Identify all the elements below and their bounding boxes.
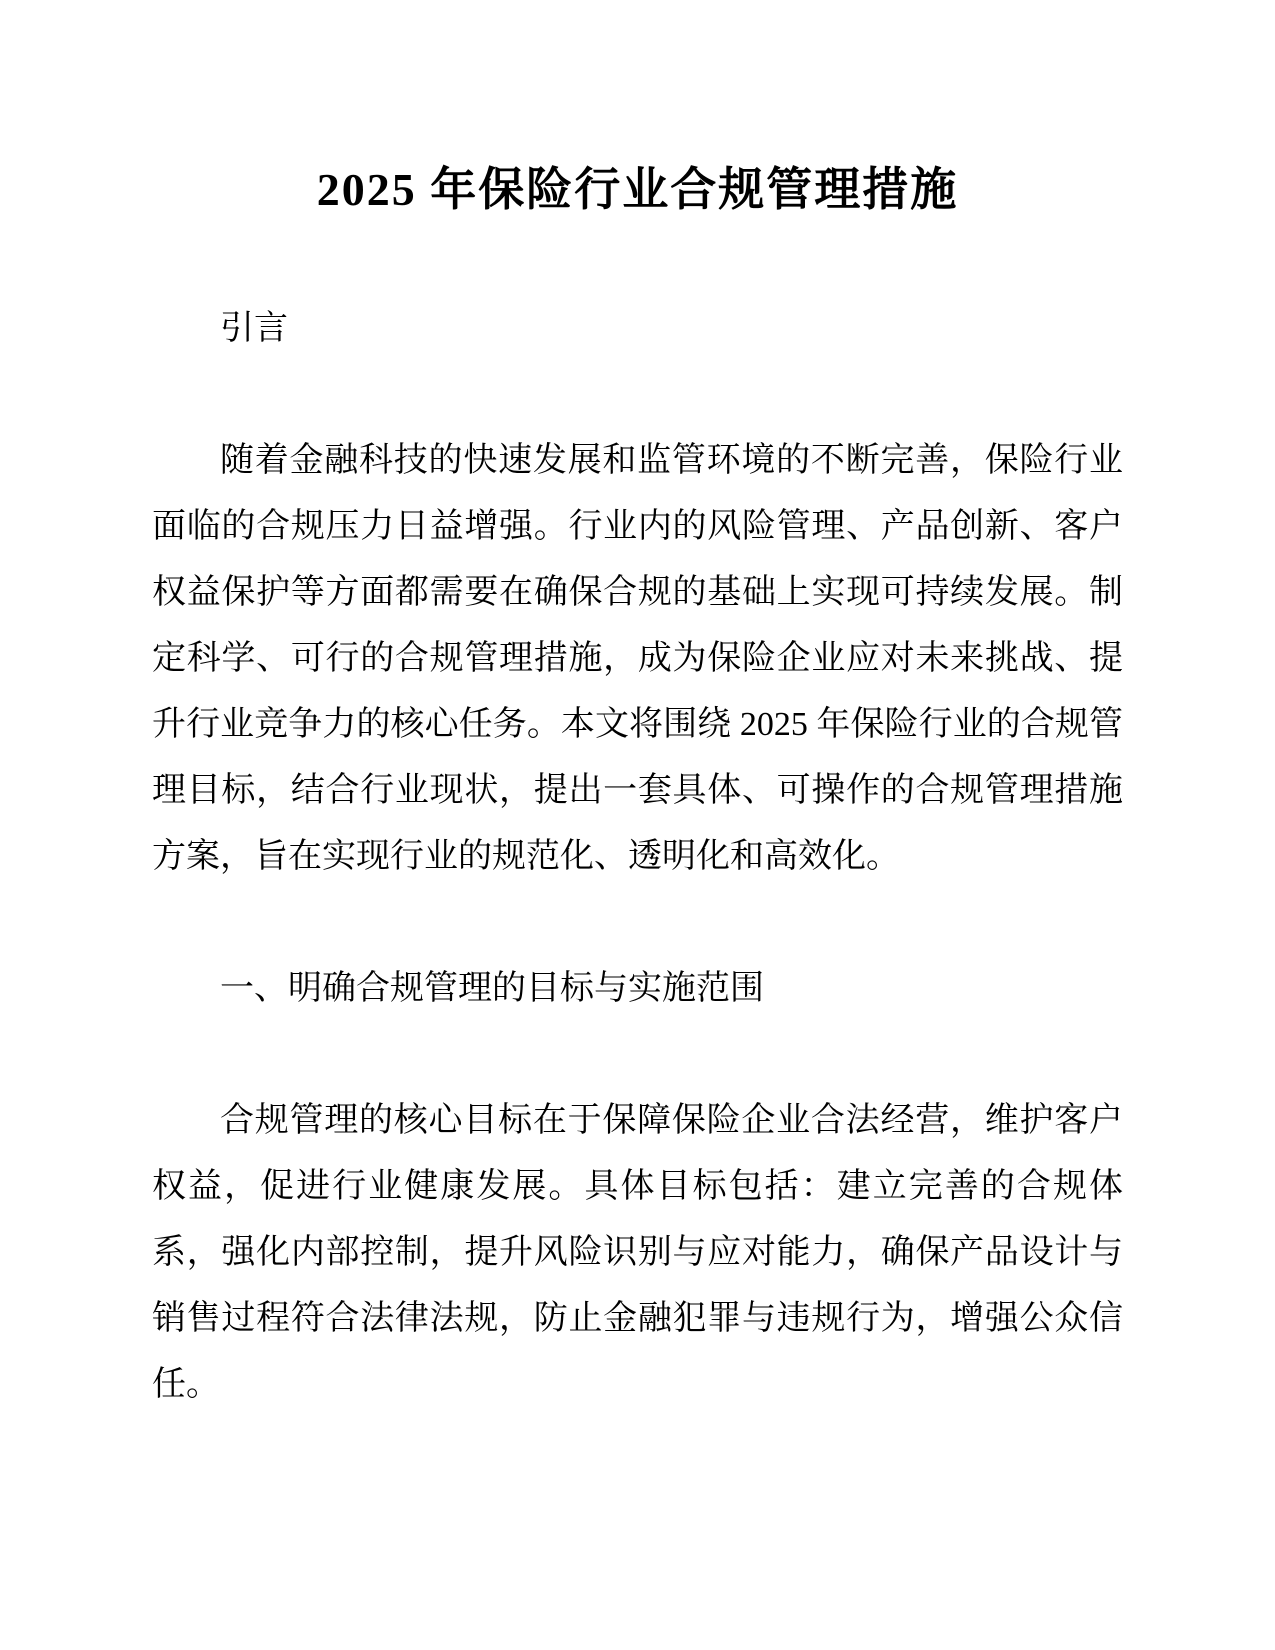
section-1-heading: 一、明确合规管理的目标与实施范围 — [152, 956, 1123, 1022]
document-page: 2025 年保险行业合规管理措施 引言 随着金融科技的快速发展和监管环境的不断完… — [0, 0, 1275, 1650]
section-1-paragraph: 合规管理的核心目标在于保障保险企业合法经营，维护客户权益，促进行业健康发展。具体… — [152, 1088, 1123, 1418]
document-title: 2025 年保险行业合规管理措施 — [152, 150, 1123, 230]
intro-paragraph: 随着金融科技的快速发展和监管环境的不断完善，保险行业面临的合规压力日益增强。行业… — [152, 428, 1123, 890]
intro-label: 引言 — [152, 296, 1123, 362]
